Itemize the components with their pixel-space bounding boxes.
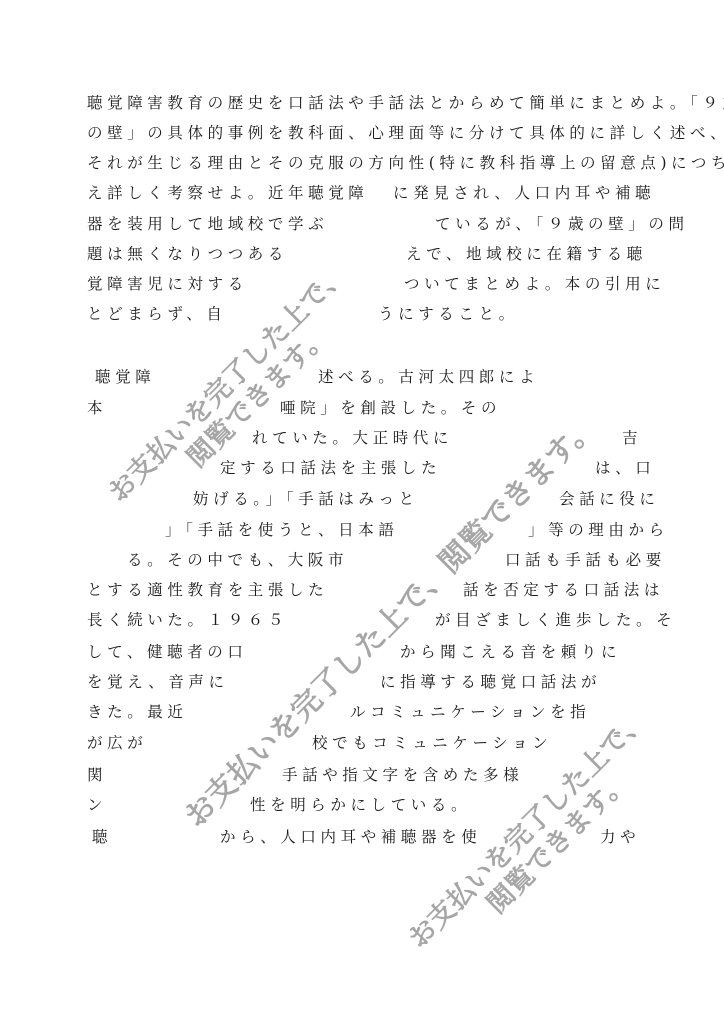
text-fragment: 聴覚障	[95, 366, 155, 388]
text-fragment: 性を明らかにしている。	[250, 794, 471, 816]
text-line: 」「手話を使うと、日本語」等の理由から	[0, 519, 724, 541]
text-fragment: れていた。大正時代に	[252, 427, 453, 449]
text-line: それが生じる理由とその克服の方向性(特に教科指導上の留意点)につち	[0, 152, 724, 174]
text-line: 聴覚障述べる。古河太四郎によ	[0, 366, 724, 388]
text-fragment: 定する口話法を主張した	[220, 457, 441, 479]
text-line: とどまらず、自うにすること。	[0, 303, 724, 325]
text-fragment: を覚え、音声に	[87, 671, 229, 693]
text-fragment: 長く続いた。１９６５	[87, 609, 288, 631]
text-fragment: が広が	[87, 732, 147, 754]
text-fragment: 唖院」を創設した。その	[280, 397, 501, 419]
text-line: 器を装用して地域校で学ぶているが、「９歳の壁」の問	[0, 213, 724, 235]
text-fragment: うにすること。	[378, 303, 519, 325]
text-fragment: 」「手話を使うと、日本語	[165, 519, 398, 541]
text-fragment: が目ざましく進歩した。そ	[435, 609, 676, 631]
text-line: れていた。大正時代に吉	[0, 427, 724, 449]
text-fragment: から聞こえる音を頼りに	[400, 641, 621, 663]
text-line: え詳しく考察せよ。近年聴覚障に発見され、人口内耳や補聴	[0, 182, 724, 204]
text-line: 長く続いた。１９６５が目ざましく進歩した。そ	[0, 609, 724, 631]
text-fragment: えで、地域校に在籍する聴	[406, 243, 647, 265]
text-fragment: 関	[87, 764, 107, 786]
text-fragment: とどまらず、自	[87, 303, 226, 325]
text-fragment: 吉	[622, 427, 642, 449]
text-fragment: それが生じる理由とその克服の方向性(特に教科指導上の留意点)につち	[87, 152, 724, 174]
text-fragment: 手話や指文字を含めた多様	[282, 764, 523, 786]
text-fragment: とする適性教育を主張した	[87, 579, 328, 601]
text-fragment: 述べる。古河太四郎によ	[318, 366, 539, 388]
text-fragment: ついてまとめよ。本の引用に	[404, 273, 665, 295]
text-fragment: る。その中でも、大阪市	[127, 549, 348, 571]
text-line: 定する口話法を主張したは、口	[0, 457, 724, 479]
text-fragment: 題は無くなりつつある	[87, 243, 288, 265]
text-line: 本唖院」を創設した。その	[0, 397, 724, 419]
text-fragment: 」等の理由から	[528, 519, 669, 541]
text-line: が広が校でもコミュニケーション	[0, 732, 724, 754]
text-line: して、健聴者の口から聞こえる音を頼りに	[0, 641, 724, 663]
text-fragment: 会話に役に	[559, 488, 660, 510]
text-line: 覚障害児に対するついてまとめよ。本の引用に	[0, 273, 724, 295]
text-fragment: ン	[87, 794, 107, 816]
text-fragment: え詳しく考察せよ。近年聴覚障	[87, 182, 368, 204]
text-fragment: 聴覚障害教育の歴史を口話法や手話法とからめて簡単にまとめよ。「９歳	[87, 92, 724, 114]
text-fragment: 口話も手話も必要	[505, 549, 666, 571]
text-line: 聴覚障害教育の歴史を口話法や手話法とからめて簡単にまとめよ。「９歳	[0, 92, 724, 114]
text-fragment: は、口	[595, 457, 655, 479]
document-page: 聴覚障害教育の歴史を口話法や手話法とからめて簡単にまとめよ。「９歳の壁」の具体的…	[0, 0, 724, 1024]
text-fragment: きた。最近	[87, 701, 188, 723]
text-line: とする適性教育を主張した話を否定する口話法は	[0, 579, 724, 601]
text-fragment: ルコミュニケーションを指	[350, 701, 590, 723]
text-fragment: 聴	[92, 826, 112, 848]
text-line: 妨げる。」「手話はみっと会話に役に	[0, 488, 724, 510]
text-fragment: 校でもコミュニケーション	[312, 732, 552, 754]
text-line: 関手話や指文字を含めた多様	[0, 764, 724, 786]
text-fragment: の壁」の具体的事例を教科面、心理面等に分けて具体的に詳しく述べ、	[87, 122, 724, 144]
text-fragment: して、健聴者の口	[87, 641, 248, 663]
text-line: きた。最近ルコミュニケーションを指	[0, 701, 724, 723]
text-fragment: 話を否定する口話法は	[463, 579, 664, 601]
text-fragment: に指導する聴覚口話法が	[380, 671, 601, 693]
text-fragment: 本	[87, 397, 107, 419]
text-line: を覚え、音声にに指導する聴覚口話法が	[0, 671, 724, 693]
text-fragment: から、人口内耳や補聴器を使	[220, 826, 481, 848]
text-fragment: ているが、「９歳の壁」の問	[435, 213, 689, 235]
text-fragment: 妨げる。」「手話はみっと	[193, 488, 419, 510]
text-line: 題は無くなりつつあるえで、地域校に在籍する聴	[0, 243, 724, 265]
text-line: 聴から、人口内耳や補聴器を使力や	[0, 826, 724, 848]
text-line: の壁」の具体的事例を教科面、心理面等に分けて具体的に詳しく述べ、	[0, 122, 724, 144]
text-fragment: に発見され、人口内耳や補聴	[393, 182, 655, 204]
text-line: る。その中でも、大阪市口話も手話も必要	[0, 549, 724, 571]
text-line: ン性を明らかにしている。	[0, 794, 724, 816]
text-fragment: 力や	[600, 826, 640, 848]
text-fragment: 覚障害児に対する	[87, 273, 248, 295]
text-fragment: 器を装用して地域校で学ぶ	[87, 213, 328, 235]
